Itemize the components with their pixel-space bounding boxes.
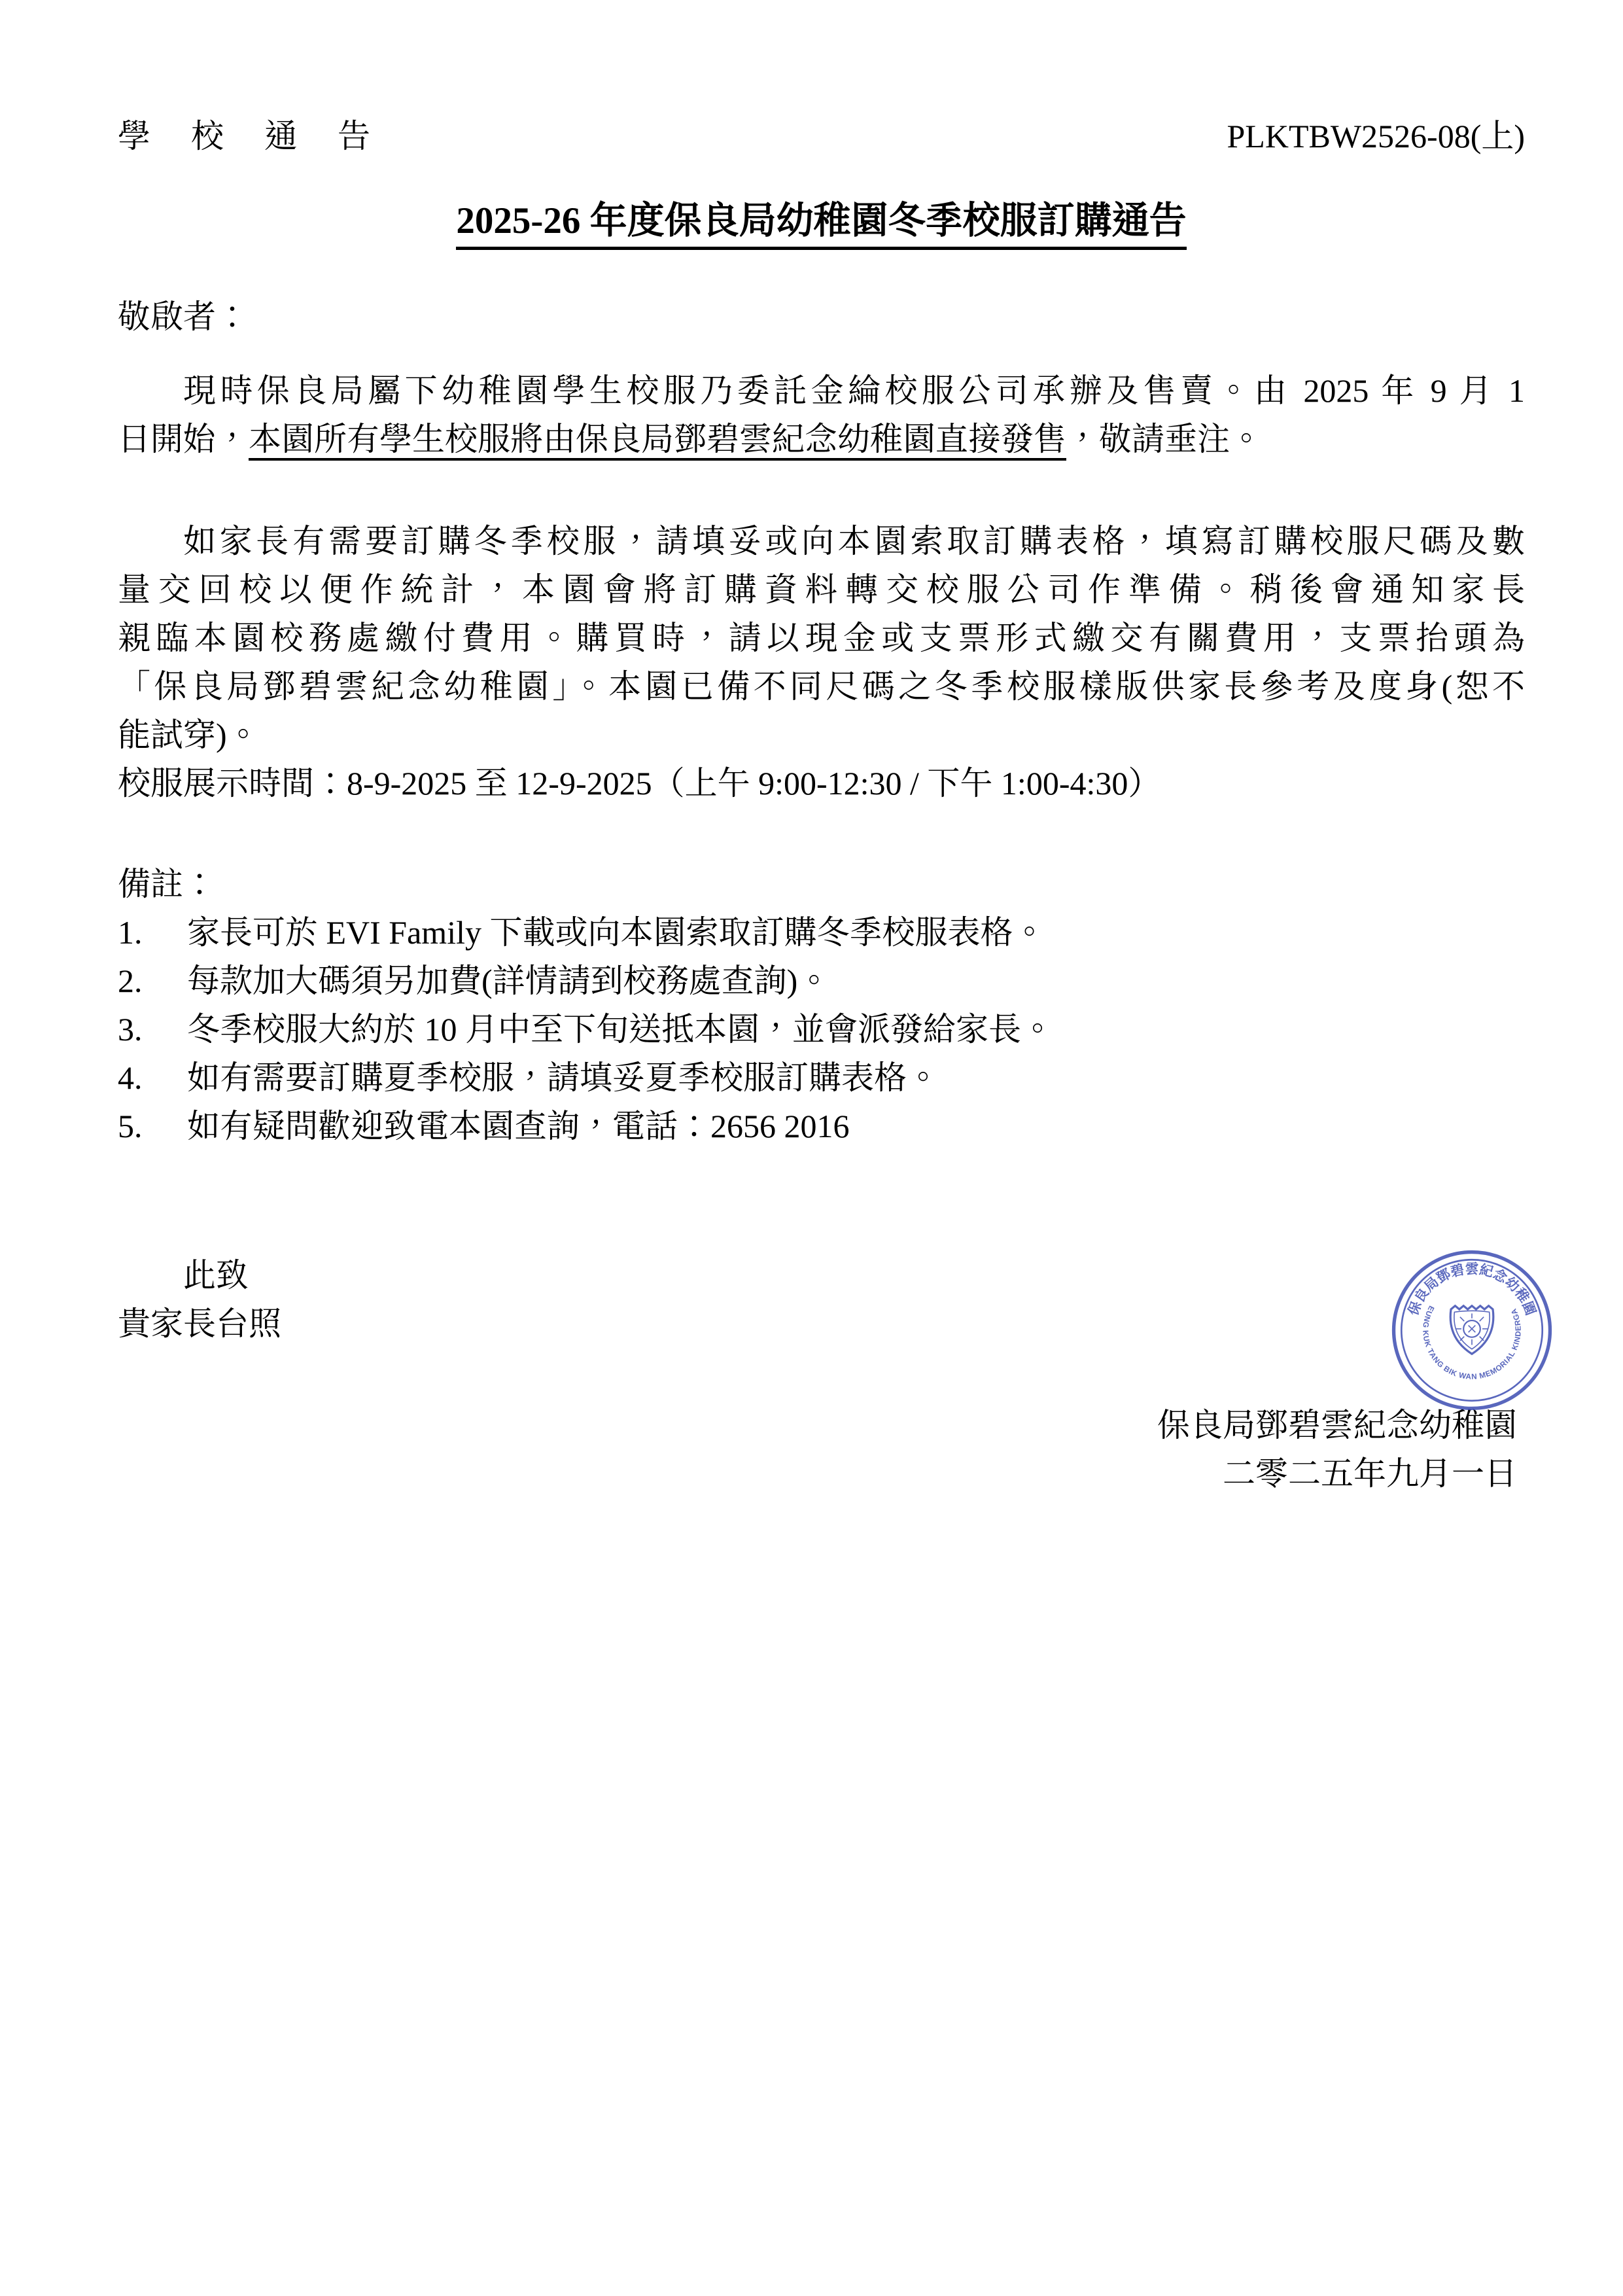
paragraph-2-line-5: 能試穿)。 — [118, 711, 1525, 759]
salutation: 敬啟者： — [118, 298, 1525, 335]
school-notice-page: 學 校 通 告 PLKTBW2526-08(上) 2025-26 年度保良局幼稚… — [0, 0, 1623, 2296]
doc-type-label: 學 校 通 告 — [118, 118, 374, 154]
signature-date: 二零二五年九月一日 — [118, 1449, 1517, 1498]
note-text: 如有需要訂購夏季校服，請填妥夏季校服訂購表格。 — [187, 1053, 1525, 1102]
paragraph-1-line-1: 現時保良局屬下幼稚園學生校服乃委託金綸校服公司承辦及售賣。由 2025 年 9 … — [118, 366, 1525, 415]
p1l2-underlined-text: 本園所有學生校服將由保良局鄧碧雲紀念幼稚園直接發售 — [249, 421, 1066, 457]
note-number: 3. — [118, 1005, 187, 1053]
note-number: 2. — [118, 957, 187, 1005]
notes-section: 備註： 1. 家長可於 EVI Family 下載或向本園索取訂購冬季校服表格。… — [118, 860, 1525, 1150]
paragraph-1: 現時保良局屬下幼稚園學生校服乃委託金綸校服公司承辦及售賣。由 2025 年 9 … — [118, 366, 1525, 463]
note-item-5: 5. 如有疑問歡迎致電本園查詢，電話：2656 2016 — [118, 1102, 1525, 1150]
signature-block: 保良局鄧碧雲紀念幼稚園 二零二五年九月一日 — [118, 1401, 1525, 1498]
note-text: 如有疑問歡迎致電本園查詢，電話：2656 2016 — [187, 1102, 1525, 1150]
closing-recipient: 貴家長台照 — [118, 1299, 1525, 1348]
seal-shield-emblem — [1450, 1306, 1493, 1354]
title-row: 2025-26 年度保良局幼稚園冬季校服訂購通告 — [118, 202, 1525, 250]
note-text: 家長可於 EVI Family 下載或向本園索取訂購冬季校服表格。 — [187, 908, 1525, 957]
notes-heading: 備註： — [118, 860, 1525, 908]
paragraph-2-line-2: 量交回校以便作統計，本園會將訂購資料轉交校服公司作準備。稍後會通知家長 — [118, 565, 1525, 614]
uniform-display-time: 校服展示時間：8-9-2025 至 12-9-2025（上午 9:00-12:3… — [118, 759, 1525, 807]
note-text: 每款加大碼須另加費(詳情請到校務處查詢)。 — [187, 957, 1525, 1005]
paragraph-2-line-3: 親臨本園校務處繳付費用。購買時，請以現金或支票形式繳交有關費用，支票抬頭為 — [118, 614, 1525, 662]
paragraph-2-line-1: 如家長有需要訂購冬季校服，請填妥或向本園索取訂購表格，填寫訂購校服尺碼及數 — [118, 517, 1525, 565]
reference-number: PLKTBW2526-08(上) — [1227, 118, 1526, 154]
paragraph-2: 如家長有需要訂購冬季校服，請填妥或向本園索取訂購表格，填寫訂購校服尺碼及數 量交… — [118, 517, 1525, 807]
p1l2-pre: 日開始， — [118, 421, 249, 457]
note-number: 4. — [118, 1053, 187, 1102]
note-item-4: 4. 如有需要訂購夏季校服，請填妥夏季校服訂購表格。 — [118, 1053, 1525, 1102]
notice-header: 學 校 通 告 PLKTBW2526-08(上) — [118, 118, 1525, 154]
note-item-3: 3. 冬季校服大約於 10 月中至下旬送抵本園，並會派發給家長。 — [118, 1005, 1525, 1053]
note-text: 冬季校服大約於 10 月中至下旬送抵本園，並會派發給家長。 — [187, 1005, 1525, 1053]
p1l2-post: ，敬請垂注。 — [1066, 421, 1263, 457]
signature-school-name: 保良局鄧碧雲紀念幼稚園 — [118, 1401, 1517, 1449]
note-item-2: 2. 每款加大碼須另加費(詳情請到校務處查詢)。 — [118, 957, 1525, 1005]
paragraph-2-line-4: 「保良局鄧碧雲紀念幼稚園」。本園已備不同尺碼之冬季校服樣版供家長參考及度身(恕不 — [118, 662, 1525, 711]
notice-title: 2025-26 年度保良局幼稚園冬季校服訂購通告 — [456, 202, 1186, 250]
school-seal-stamp: 保良局鄧碧雲紀念幼稚園 PO LEUNG KUK TANG BIK WAN ME… — [1388, 1246, 1556, 1414]
note-item-1: 1. 家長可於 EVI Family 下載或向本園索取訂購冬季校服表格。 — [118, 908, 1525, 957]
paragraph-1-line-2: 日開始，本園所有學生校服將由保良局鄧碧雲紀念幼稚園直接發售，敬請垂注。 — [118, 415, 1525, 463]
closing-cizhi: 此致 — [118, 1251, 1525, 1299]
seal-graphic: 保良局鄧碧雲紀念幼稚園 PO LEUNG KUK TANG BIK WAN ME… — [1388, 1246, 1556, 1414]
note-number: 1. — [118, 908, 187, 957]
note-number: 5. — [118, 1102, 187, 1150]
